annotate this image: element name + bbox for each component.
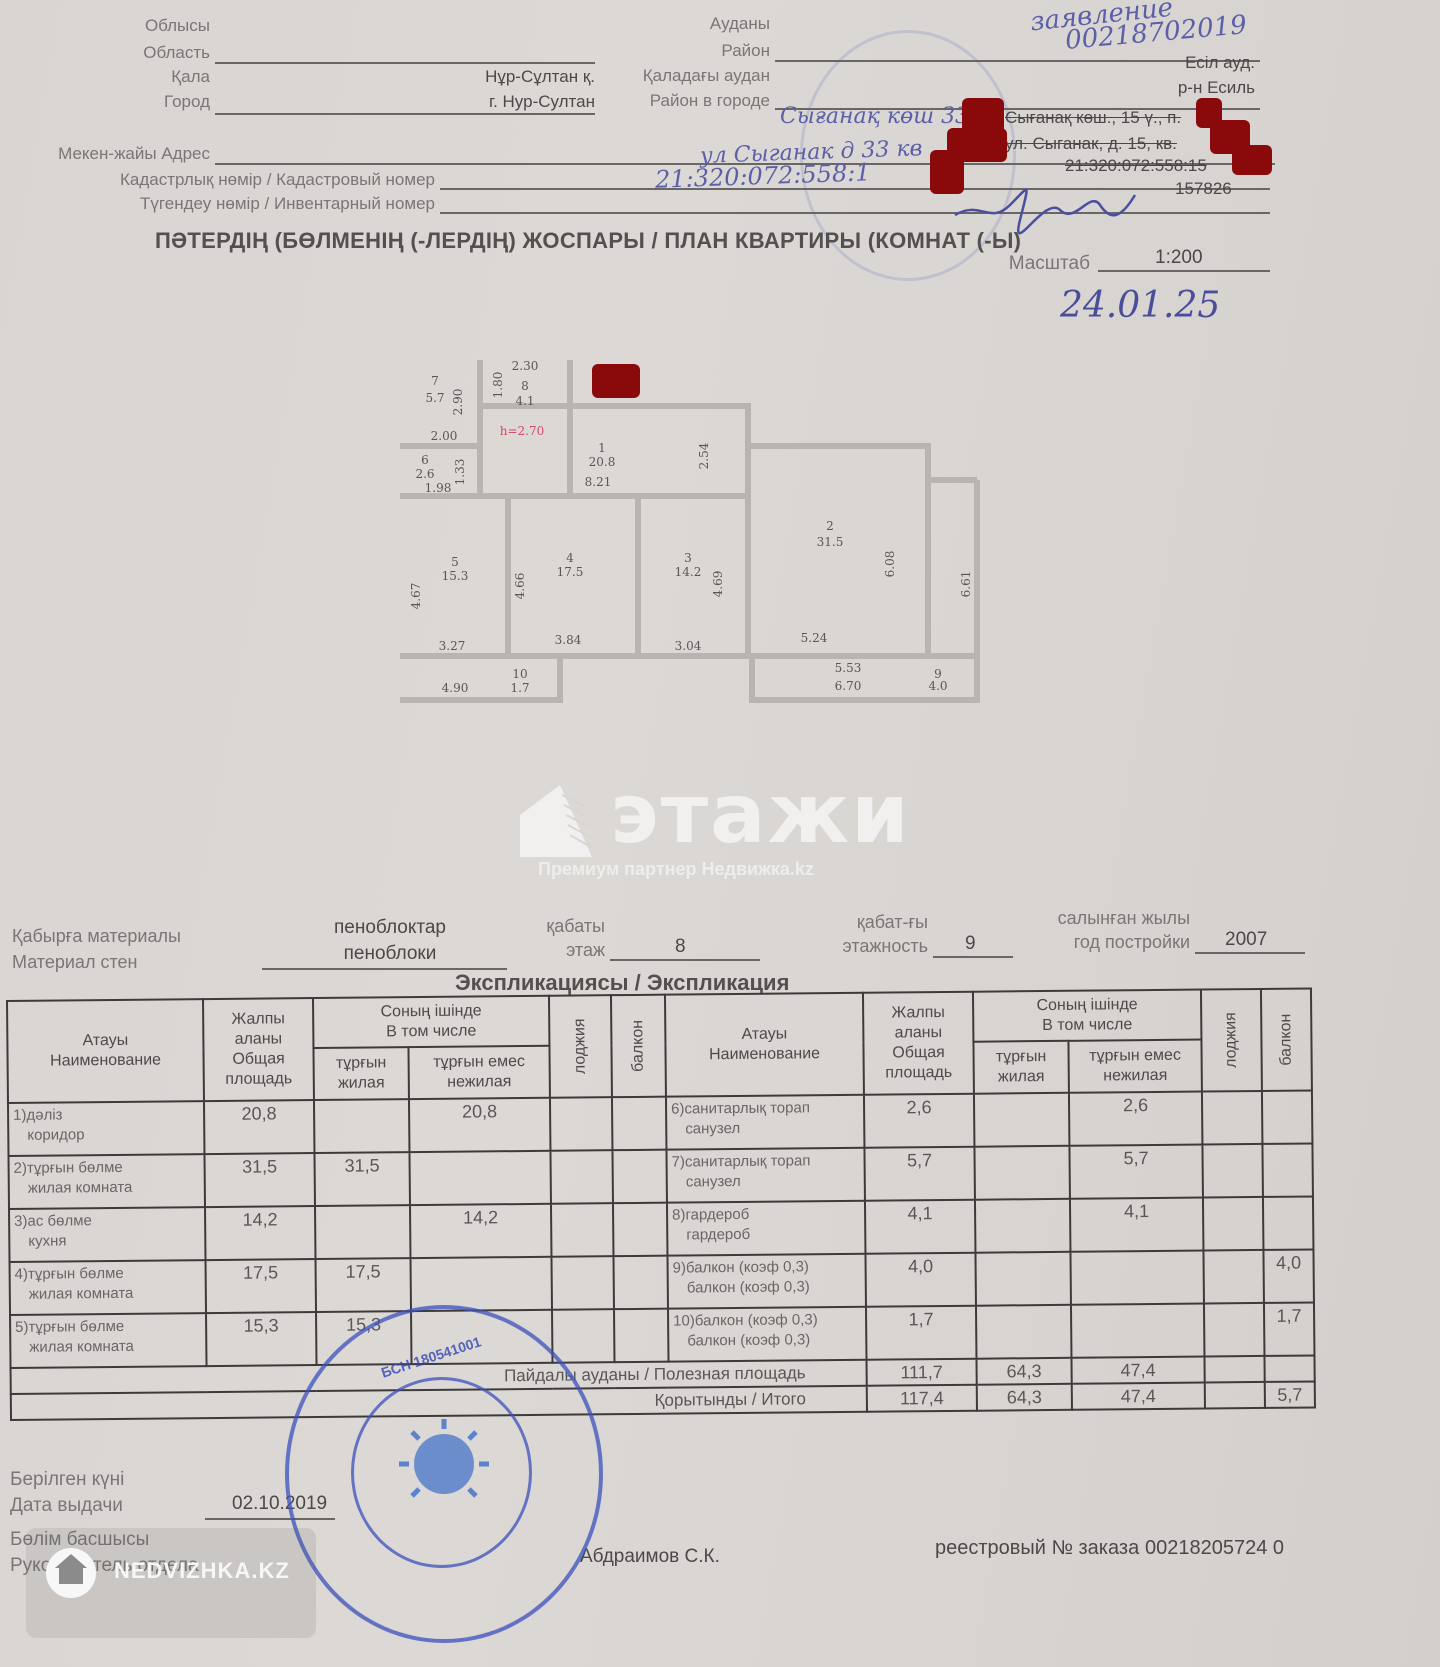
watermark-brand: этажи	[610, 767, 911, 862]
district-label-kz: Ауданы	[620, 14, 770, 34]
stamp-bin: БСН 180541001	[379, 1333, 483, 1380]
room-1-width: 8.21	[585, 475, 612, 489]
living-cell	[975, 1199, 1071, 1253]
nonliving-cell	[1071, 1304, 1205, 1358]
room-2-width: 5.24	[801, 631, 828, 645]
total-cell: 2,6	[864, 1094, 975, 1148]
city-line	[215, 113, 595, 115]
building-logo-icon	[520, 785, 592, 857]
room-10-no: 10	[512, 667, 527, 681]
floor-label-kz: қабаты	[520, 916, 605, 936]
scale-line	[1098, 270, 1270, 272]
city-district-value-kz: Есіл ауд.	[1080, 53, 1255, 73]
etazhi-watermark: этажи Премиум партнер Недвижка.kz	[520, 775, 940, 885]
living-cell	[974, 1146, 1070, 1200]
room-2-height: 6.08	[883, 551, 897, 578]
header-balcony: балкон	[611, 995, 666, 1098]
living-cell	[976, 1305, 1072, 1359]
floor-plan-drawing: 7 5.7 2.00 2.30 8 4.1 h=2.70 6 2.6 1.98 …	[400, 360, 1060, 760]
header-nonliving: тұрғын емеснежилая	[408, 1046, 549, 1099]
year-label-kz: салынған жылы	[1030, 908, 1190, 928]
room-name-cell: 7)санитарлық торапсанузел	[666, 1148, 864, 1203]
loggia-cell	[550, 1150, 613, 1204]
room-2-area: 31.5	[817, 535, 844, 549]
nonliving-cell	[410, 1257, 552, 1311]
living-cell	[975, 1252, 1071, 1306]
room-7-height: 2.90	[451, 389, 465, 416]
header-including: Соның ішіндеВ том числе	[313, 996, 549, 1048]
explication-table: АтауыНаименование ЖалпыаланыОбщаяплощадь…	[6, 987, 1316, 1421]
room-3-height: 4.69	[711, 571, 725, 598]
floors-value: 9	[965, 934, 976, 954]
room-name-cell: 4)тұрғын бөлмежилая комната	[10, 1260, 206, 1315]
room-1-height: 2.54	[697, 442, 711, 469]
total-cell: 4,0	[865, 1253, 976, 1307]
room-9-height: 6.61	[959, 571, 973, 598]
header-nonliving-right: тұрғын емеснежилая	[1068, 1040, 1201, 1093]
room-8-area: 4.1	[515, 394, 534, 408]
room-name-cell: 6)санитарлық торапсанузел	[666, 1095, 864, 1150]
room-3-no: 3	[684, 551, 692, 565]
floors-label-kz: қабат-ғы	[800, 912, 928, 932]
room-5-no: 5	[451, 555, 459, 569]
room-6-width: 1.98	[425, 481, 452, 495]
oblast-label-kz: Облысы	[60, 16, 210, 36]
order-value: 00218205724 0	[1145, 1538, 1284, 1558]
grand-living: 64,3	[977, 1384, 1072, 1411]
room-5-height: 4.67	[409, 583, 423, 610]
useful-total: 111,7	[866, 1359, 976, 1386]
scale-label: Масштаб	[990, 254, 1090, 274]
floor-line	[610, 959, 760, 961]
header-total: ЖалпыаланыОбщаяплощадь	[203, 998, 314, 1101]
room-1-no: 1	[598, 441, 606, 455]
room-9-width: 6.70	[835, 679, 862, 693]
scale-value: 1:200	[1155, 248, 1203, 268]
grand-total: 117,4	[867, 1385, 977, 1412]
total-cell: 17,5	[206, 1259, 317, 1313]
city-district-label-ru: Район в городе	[600, 91, 770, 111]
room-4-height: 4.66	[513, 573, 527, 600]
ceiling-height: h=2.70	[500, 424, 545, 438]
inventory-label: Түгендеу нөмір / Инвентарный номер	[20, 194, 435, 214]
balcony-cell	[613, 1203, 668, 1257]
living-cell	[974, 1093, 1070, 1147]
city-district-label-kz: Қаладағы аудан	[600, 66, 770, 86]
balcony-cell: 1,7	[1264, 1302, 1315, 1355]
stamp-emblem-icon	[399, 1419, 489, 1519]
loggia-cell	[1202, 1144, 1263, 1198]
room-7-no: 7	[431, 374, 439, 388]
issue-date-label-ru: Дата выдачи	[10, 1496, 123, 1516]
header-name: АтауыНаименование	[7, 999, 204, 1103]
balcony-cell	[612, 1097, 667, 1151]
order-label: реестровый № заказа	[935, 1538, 1139, 1558]
total-cell: 20,8	[204, 1100, 315, 1154]
city-label-kz: Қала	[60, 67, 210, 87]
floors-line	[933, 956, 1013, 958]
room-name-cell: 9)балкон (коэф 0,3)балкон (коэф 0,3)	[667, 1254, 865, 1309]
address-label: Мекен-жайы Адрес	[0, 144, 210, 164]
room-10-height: 1.15	[400, 667, 403, 694]
redaction	[1232, 145, 1272, 175]
balcony-cell	[612, 1150, 667, 1204]
living-cell	[315, 1205, 411, 1259]
living-cell: 17,5	[316, 1258, 412, 1312]
total-cell: 31,5	[204, 1153, 315, 1207]
plan-title: ПӘТЕРДІҢ (БӨЛМЕНІҢ (-ЛЕРДІҢ) ЖОСПАРЫ / П…	[155, 228, 1021, 254]
cadastral-line	[440, 188, 1270, 190]
room-7-width: 2.00	[431, 429, 458, 443]
header-loggia: лоджия	[549, 995, 612, 1098]
inventory-line	[440, 212, 1270, 214]
signature-icon	[950, 175, 1140, 235]
header-name-right: АтауыНаименование	[665, 993, 864, 1097]
living-cell	[314, 1099, 410, 1153]
nonliving-cell: 20,8	[409, 1098, 551, 1152]
nonliving-cell: 5,7	[1069, 1145, 1203, 1199]
nonliving-cell	[409, 1151, 551, 1205]
total-cell: 15,3	[206, 1312, 317, 1366]
year-value: 2007	[1225, 930, 1267, 950]
room-name-cell: 3)ас бөлмекухня	[9, 1207, 205, 1262]
handwritten-address-1: Сығанақ көш 33	[780, 104, 969, 129]
room-name-cell: 5)тұрғын бөлмежилая комната	[10, 1313, 206, 1368]
grand-nonliving: 47,4	[1072, 1383, 1205, 1410]
cadastral-label: Кадастрлық нөмір / Кадастровый номер	[20, 170, 435, 190]
loggia-cell	[1204, 1303, 1265, 1357]
grand-balcony: 5,7	[1265, 1381, 1315, 1407]
nonliving-cell: 14,2	[410, 1204, 552, 1258]
useful-nonliving: 47,4	[1071, 1357, 1204, 1384]
room-8-no: 8	[521, 379, 529, 393]
loggia-cell	[551, 1203, 614, 1257]
room-8-height: 1.80	[491, 372, 505, 399]
room-3-width: 3.04	[675, 639, 702, 653]
balcony-cell	[614, 1309, 669, 1363]
room-7-area: 5.7	[425, 391, 444, 405]
wall-material-value-kz: пеноблоктар	[320, 918, 460, 938]
loggia-cell	[550, 1097, 613, 1151]
room-6-no: 6	[421, 453, 429, 467]
room-name-cell: 8)гардеробгардероб	[667, 1201, 865, 1256]
room-4-area: 17.5	[557, 565, 584, 579]
nedvizhka-brand: NEDVIZHKA.KZ	[114, 1558, 290, 1584]
header-total-right: ЖалпыаланыОбщаяплощадь	[863, 992, 974, 1095]
room-name-cell: 1)дәлізкоридор	[8, 1101, 204, 1156]
wall-material-label-kz: Қабырға материалы	[12, 926, 181, 946]
room-8-width: 2.30	[512, 360, 539, 373]
room-name-cell: 10)балкон (коэф 0,3)балкон (коэф 0,3)	[668, 1307, 866, 1362]
district-label-ru: Район	[620, 41, 770, 61]
nonliving-cell: 2,6	[1069, 1092, 1203, 1146]
room-10-area: 1.7	[510, 681, 529, 695]
inventory-value: 157826	[1175, 179, 1255, 199]
official-stamp: БСН 180541001	[285, 1305, 603, 1643]
header-including-right: Соның ішіндеВ том числе	[973, 990, 1201, 1042]
room-5-width: 3.27	[439, 639, 466, 653]
floor-plan: 7 5.7 2.00 2.30 8 4.1 h=2.70 6 2.6 1.98 …	[400, 360, 1060, 760]
nonliving-cell: 4,1	[1070, 1198, 1204, 1252]
wall-material-label-ru: Материал стен	[12, 952, 137, 972]
balcony-cell	[1262, 1143, 1313, 1196]
useful-loggia	[1204, 1356, 1264, 1383]
watermark-subtitle: Премиум партнер Недвижка.kz	[538, 859, 814, 880]
head-name: Абдраимов С.К.	[580, 1547, 720, 1567]
room-4-width: 3.84	[555, 633, 582, 647]
room-5-area: 15.3	[442, 569, 469, 583]
house-icon	[46, 1548, 96, 1598]
room-1-area: 20.8	[589, 455, 616, 469]
total-cell: 5,7	[864, 1147, 975, 1201]
balcony-cell	[613, 1256, 668, 1310]
room-9-area: 4.0	[928, 679, 947, 693]
city-district-value-ru: р-н Есиль	[1080, 78, 1255, 98]
room-9-inner-width: 5.53	[835, 661, 862, 675]
balcony-cell	[1263, 1196, 1314, 1249]
oblast-label-ru: Область	[60, 43, 210, 63]
oblast-line	[215, 62, 595, 64]
room-2-no: 2	[826, 519, 834, 533]
loggia-cell	[1202, 1091, 1263, 1145]
room-6-height: 1.33	[453, 459, 467, 486]
nedvizhka-watermark: NEDVIZHKA.KZ	[26, 1528, 316, 1638]
redaction	[930, 150, 964, 194]
nonliving-cell	[1070, 1251, 1204, 1305]
loggia-cell	[552, 1309, 615, 1363]
total-cell: 4,1	[865, 1200, 976, 1254]
room-6-area: 2.6	[415, 467, 434, 481]
loggia-cell	[551, 1256, 614, 1310]
room-4-no: 4	[566, 551, 574, 565]
loggia-cell	[1203, 1197, 1264, 1251]
issue-date-label-kz: Берілген күні	[10, 1470, 124, 1490]
wall-material-value-ru: пеноблоки	[320, 944, 460, 964]
total-cell: 14,2	[205, 1206, 316, 1260]
city-value-ru: г. Нур-Султан	[420, 92, 595, 112]
floors-label-ru: этажность	[800, 936, 928, 956]
room-name-cell: 2)тұрғын бөлмежилая комната	[8, 1154, 204, 1209]
grand-loggia	[1205, 1382, 1265, 1409]
header-loggia-right: лоджия	[1201, 989, 1262, 1092]
balcony-cell	[1262, 1090, 1313, 1143]
balcony-cell: 4,0	[1263, 1249, 1314, 1302]
year-line	[1195, 952, 1305, 954]
header-living: тұрғынжилая	[313, 1047, 408, 1100]
room-10-width: 4.90	[442, 681, 469, 695]
floor-label-ru: этаж	[520, 940, 605, 960]
total-cell: 1,7	[866, 1306, 977, 1360]
city-value-kz: Нұр-Сұлтан қ.	[420, 67, 595, 87]
living-cell: 31,5	[314, 1152, 410, 1206]
header-living-right: тұрғынжилая	[973, 1041, 1068, 1094]
city-label-ru: Город	[60, 92, 210, 112]
room-3-area: 14.2	[675, 565, 702, 579]
floor-value: 8	[675, 937, 686, 957]
useful-living: 64,3	[976, 1358, 1071, 1385]
loggia-cell	[1203, 1250, 1264, 1304]
handwritten-date: 24.01.25	[1060, 285, 1220, 326]
header-balcony-right: балкон	[1261, 988, 1312, 1090]
year-label-ru: год постройки	[1030, 932, 1190, 952]
useful-balcony	[1264, 1355, 1314, 1381]
